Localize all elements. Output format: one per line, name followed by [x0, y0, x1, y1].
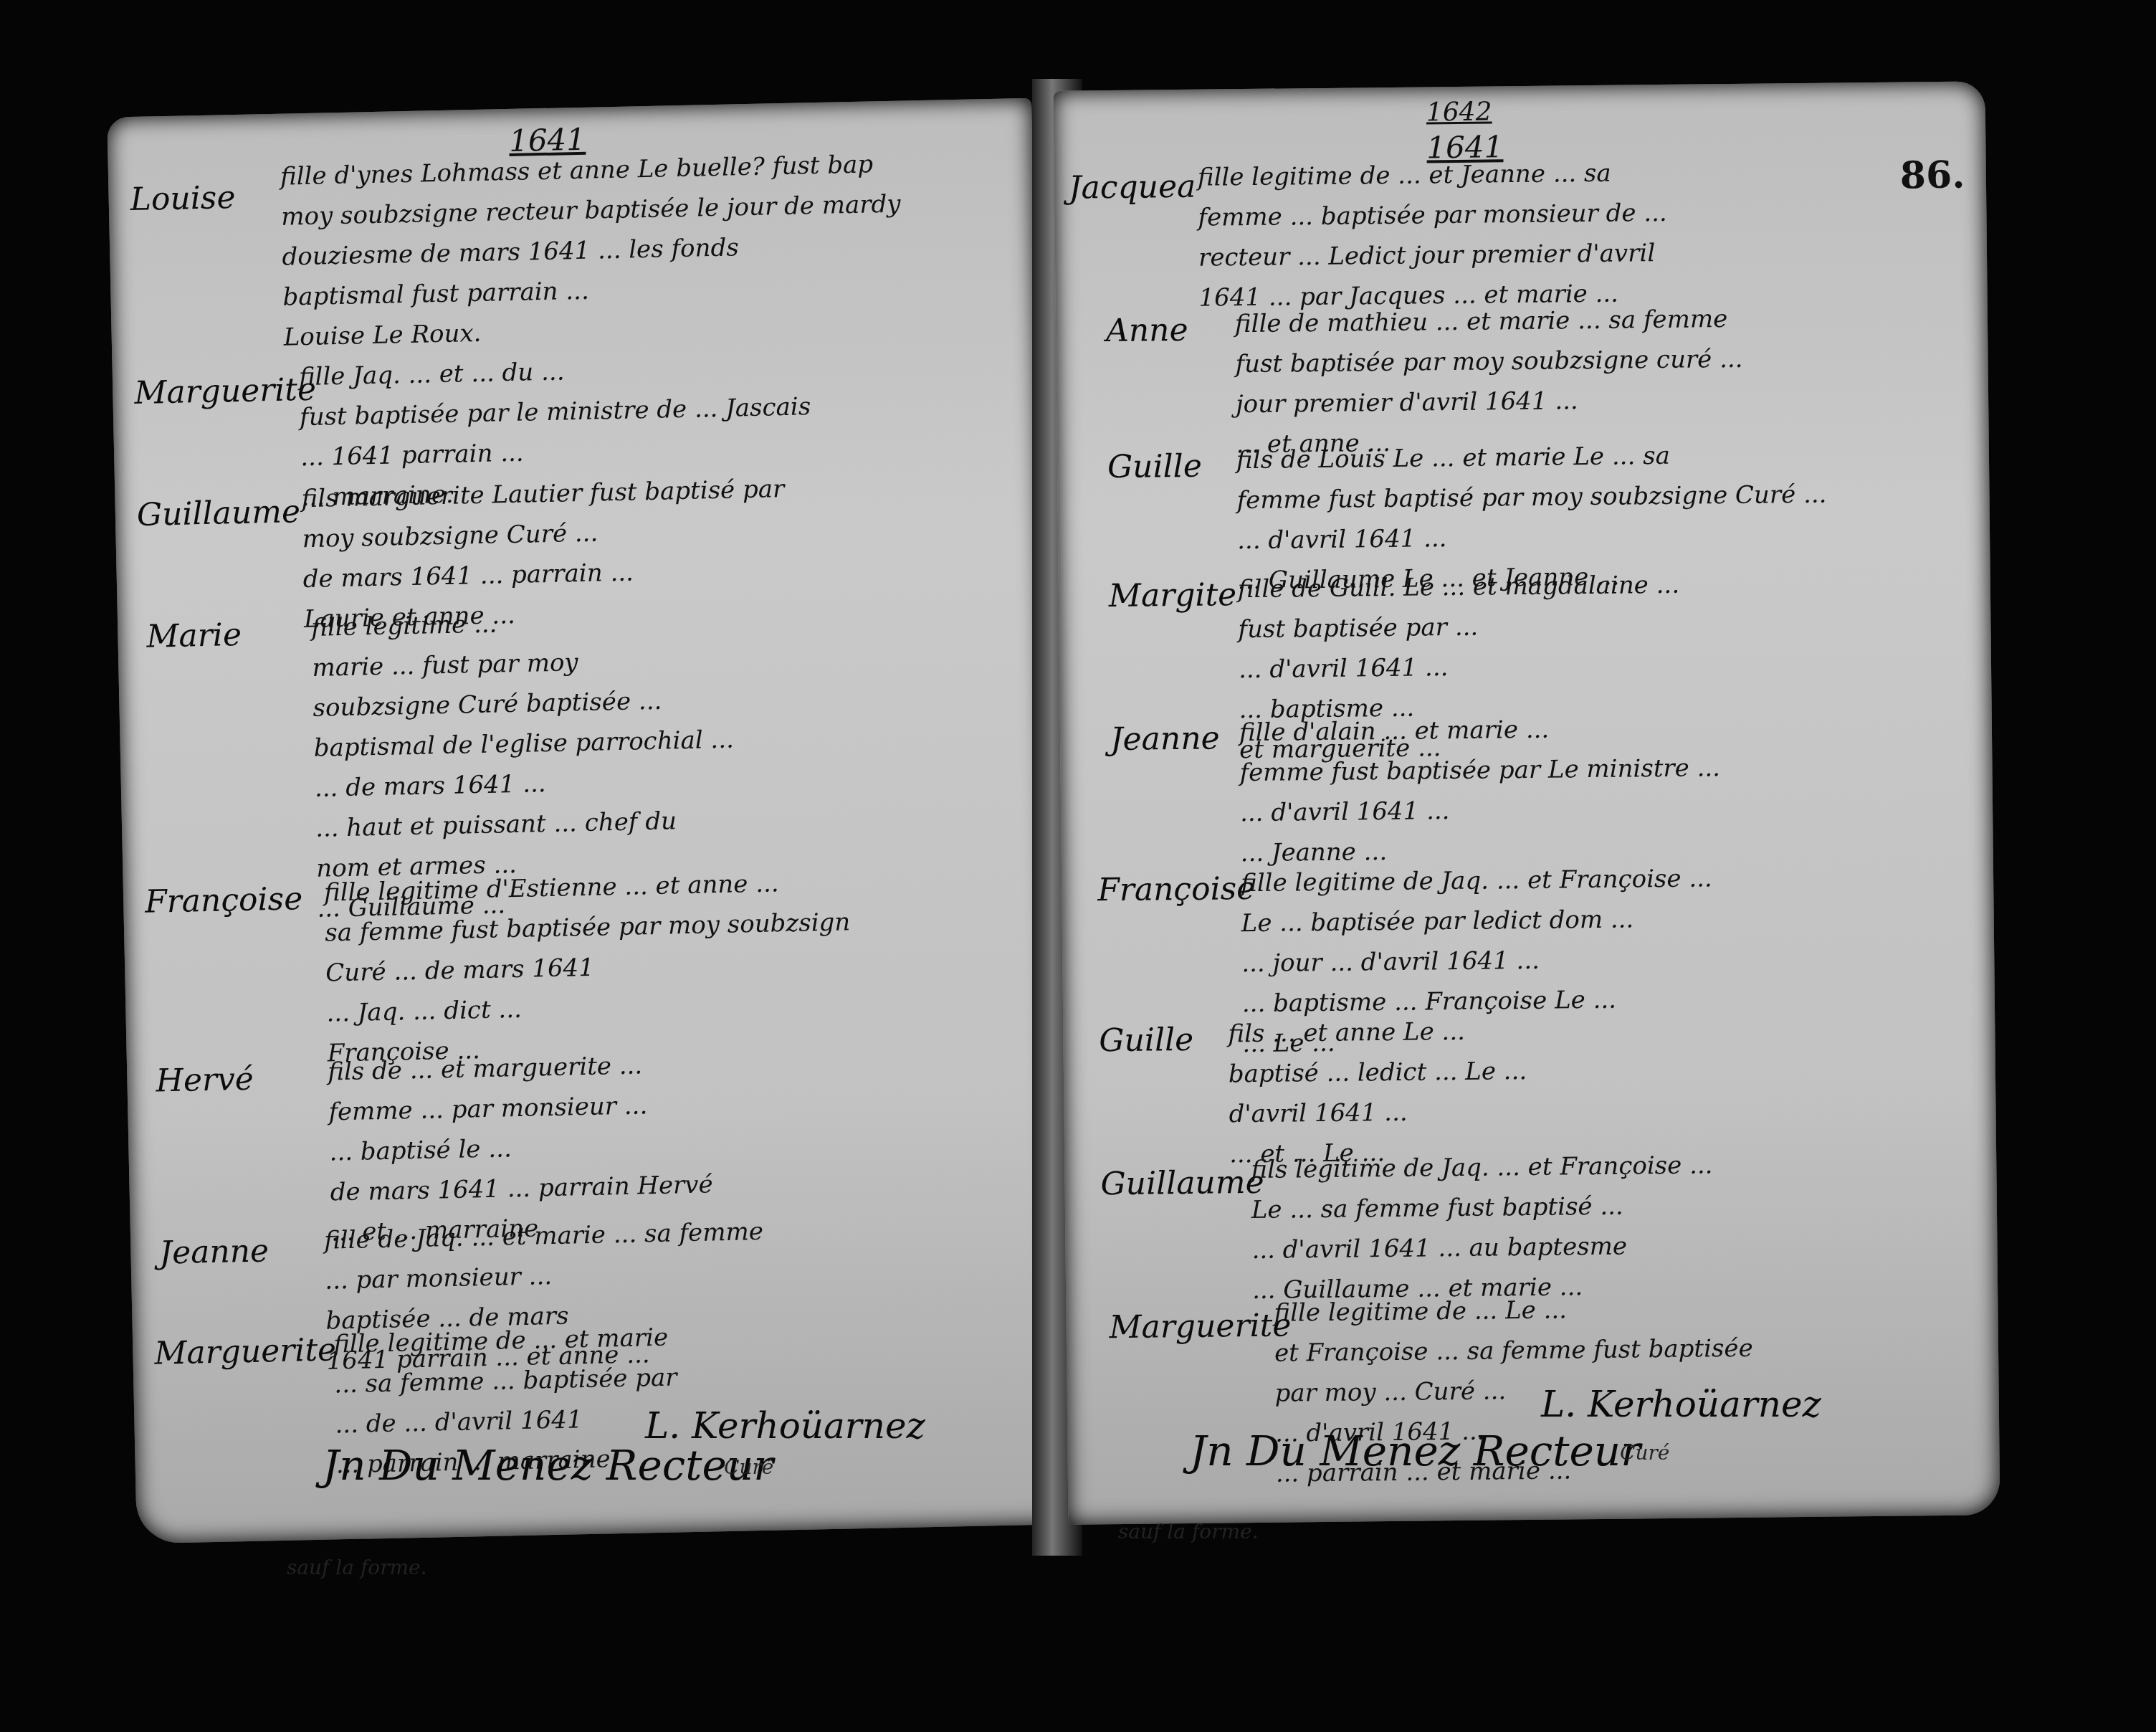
folio-number: 86.: [1900, 153, 1965, 198]
entry-text: fille legitime de ... et Jeanne ... sa f…: [1198, 153, 1669, 318]
entry-text: fille legitime d'Estienne ... et anne ..…: [323, 862, 853, 1073]
top-header: 1642: [1426, 97, 1492, 127]
entry-name: Marguerite: [1109, 1307, 1291, 1346]
entry-name: Guille: [1099, 1022, 1193, 1059]
entry-name: Françoise: [145, 880, 303, 920]
left-page: 1641 Louise fille d'ynes Lohmass et anne…: [107, 98, 1061, 1544]
entry-text: fils legitime de Jaq. ... et Françoise .…: [1251, 1145, 1714, 1310]
entry-text: fille d'ynes Lohmass et anne Le buelle? …: [280, 144, 904, 358]
entry-name: Hervé: [156, 1061, 254, 1100]
entry-name: Louise: [130, 179, 236, 218]
signature-title: Curé: [1620, 1441, 1669, 1465]
entry-text: fille d'alain ... et marie ... femme fus…: [1239, 708, 1722, 873]
entry-name: Guillaume: [136, 493, 300, 533]
entry-name: Guillaume: [1100, 1164, 1264, 1202]
entry-name: Marie: [146, 617, 242, 655]
entry-name: Guille: [1107, 448, 1202, 485]
signature-recteur: Jn Du Menez Recteur: [323, 1441, 773, 1490]
entry-name: Françoise: [1097, 870, 1255, 908]
entry-name: Margite: [1109, 576, 1237, 614]
footnote: sauf la forme.: [287, 1556, 427, 1579]
entry-name: Jeanne: [1110, 720, 1220, 758]
entry-name: Marguerite: [134, 371, 317, 411]
entry-name: Jeanne: [159, 1232, 269, 1271]
entry-name: Jacquea: [1069, 168, 1196, 206]
right-page: 1642 1641 86. Jacquea fille legitime de …: [1054, 81, 2000, 1525]
entry-name: Anne: [1106, 312, 1188, 349]
signature-recteur: Jn Du Menez Recteur: [1190, 1427, 1641, 1475]
signature-cure: L. Kerhoüarnez: [645, 1405, 925, 1447]
signature-cure: L. Kerhoüarnez: [1541, 1384, 1821, 1425]
entry-name: Marguerite: [154, 1331, 337, 1371]
footnote: sauf la forme.: [1118, 1520, 1259, 1543]
signature-title: Curé: [724, 1455, 773, 1479]
